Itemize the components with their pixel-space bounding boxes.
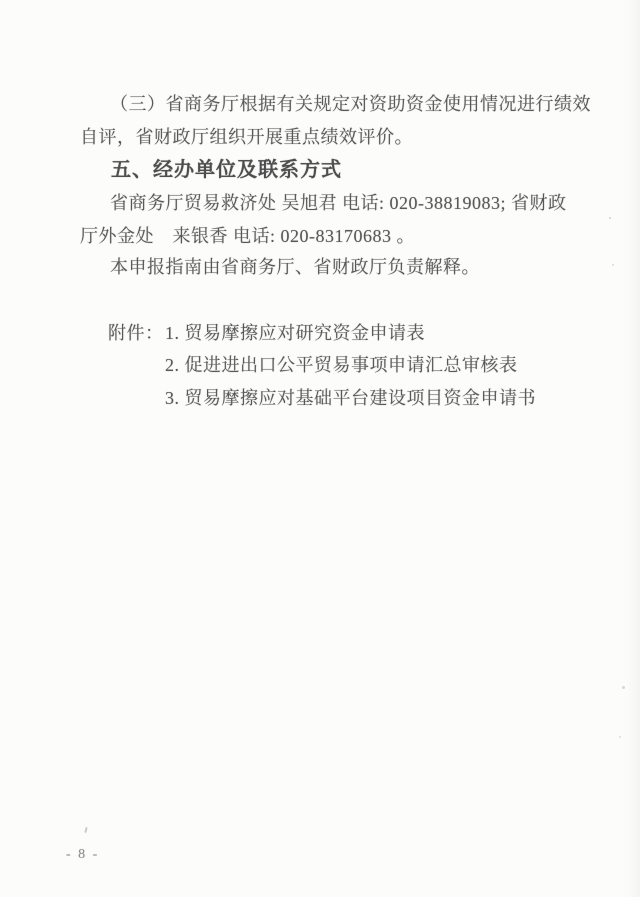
interpretation-note: 本申报指南由省商务厅、省财政厅负责解释。 <box>110 257 480 278</box>
scan-speck <box>619 736 621 738</box>
page-number: - 8 - <box>66 847 99 863</box>
attachments-label: 附件： <box>108 323 164 344</box>
paragraph-line-2: 自评，省财政厅组织开展重点绩效评价。 <box>80 127 413 148</box>
attachment-item-3: 3. 贸易摩擦应对基础平台建设项目资金申请书 <box>165 388 536 409</box>
contact-line-2: 厅外金处 来银香 电话: 020-83170683 。 <box>80 226 415 247</box>
scan-speck <box>84 827 87 833</box>
scan-speck <box>622 686 625 689</box>
page-edge-shade <box>626 0 640 897</box>
scan-speck <box>612 264 614 266</box>
scan-speck <box>609 217 611 219</box>
contact-line-1: 省商务厅贸易救济处 吴旭君 电话: 020-38819083; 省财政 <box>110 193 567 214</box>
paragraph-line-1: （三）省商务厅根据有关规定对资助资金使用情况进行绩效 <box>110 94 591 115</box>
attachment-item-1: 1. 贸易摩擦应对研究资金申请表 <box>165 323 425 344</box>
section-heading: 五、经办单位及联系方式 <box>111 159 342 182</box>
attachment-item-2: 2. 促进进出口公平贸易事项申请汇总审核表 <box>165 355 518 376</box>
document-page: （三）省商务厅根据有关规定对资助资金使用情况进行绩效 自评，省财政厅组织开展重点… <box>0 0 640 897</box>
